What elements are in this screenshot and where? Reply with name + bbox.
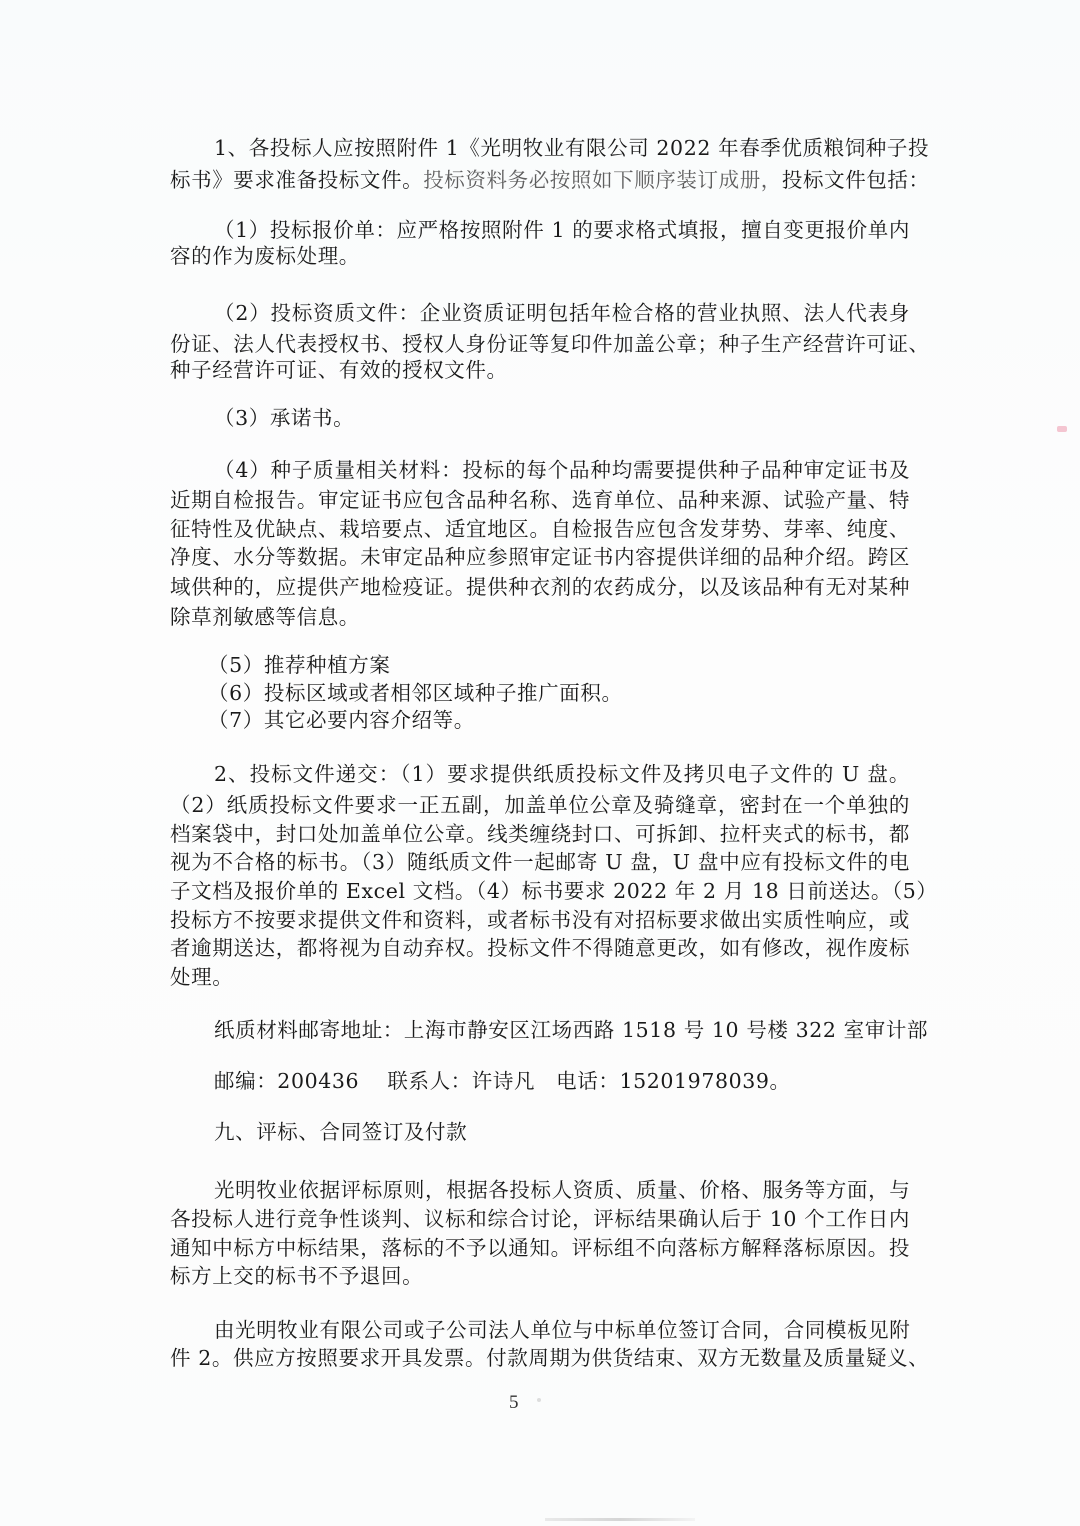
para-1-line-2-suffix: 投标文件包括： (782, 168, 930, 192)
eval-para-line-1: 光明牧业依据评标原则，根据各投标人资质、质量、价格、服务等方面，与 (214, 1176, 910, 1204)
item-1-line-2: 容的作为废标处理。 (170, 242, 910, 270)
para-2-line-8: 处理。 (170, 963, 910, 991)
contract-para-line-1: 由光明牧业有限公司或子公司法人单位与中标单位签订合同，合同模板见附 (214, 1316, 910, 1344)
para-2-line-2: （2）纸质投标文件要求一正五副，加盖单位公章及骑缝章，密封在一个单独的 (170, 791, 910, 819)
item-4-line-6: 除草剂敏感等信息。 (170, 603, 910, 631)
para-2-line-5: 子文档及报价单的 Excel 文档。（4）标书要求 2022 年 2 月 18 … (170, 877, 910, 905)
para-1-line-2-faint: 投标资料务必按照如下顺序装订成册， (423, 168, 782, 192)
para-2-line-4: 视为不合格的标书。（3）随纸质文件一起邮寄 U 盘，U 盘中应有投标文件的电 (170, 848, 910, 876)
item-2-line-3: 种子经营许可证、有效的授权文件。 (170, 356, 910, 384)
para-1-line-2-main: 标书》要求准备投标文件。 (170, 168, 423, 192)
item-6: （6）投标区域或者相邻区域种子推广面积。 (208, 679, 910, 707)
scan-edge (545, 1518, 695, 1521)
scan-mark (1057, 426, 1067, 432)
contact-line: 邮编：200436 联系人：许诗凡 电话：15201978039。 (214, 1067, 910, 1095)
section-heading-9: 九、评标、合同签订及付款 (214, 1118, 910, 1146)
item-3-line-1: （3）承诺书。 (214, 404, 910, 432)
contract-para-line-2: 件 2。供应方按照要求开具发票。付款周期为供货结束、双方无数量及质量疑义、 (170, 1344, 910, 1372)
item-2-line-1: （2）投标资质文件：企业资质证明包括年检合格的营业执照、法人代表身 (214, 299, 910, 327)
eval-para-line-3: 通知中标方中标结果，落标的不予以通知。评标组不向落标方解释落标原因。投 (170, 1234, 910, 1262)
para-1-line-2: 标书》要求准备投标文件。投标资料务必按照如下顺序装订成册，投标文件包括： (170, 166, 910, 194)
document-page: 1、各投标人应按照附件 1《光明牧业有限公司 2022 年春季优质粮饲种子投 标… (0, 0, 1080, 1526)
scan-dot (537, 1398, 541, 1402)
para-2-line-7: 者逾期送达，都将视为自动弃权。投标文件不得随意更改，如有修改，视作废标 (170, 934, 910, 962)
item-7: （7）其它必要内容介绍等。 (208, 706, 910, 734)
item-1-line-1: （1）投标报价单：应严格按照附件 1 的要求格式填报，擅自变更报价单内 (214, 216, 910, 244)
eval-para-line-4: 标方上交的标书不予退回。 (170, 1262, 910, 1290)
eval-para-line-2: 各投标人进行竞争性谈判、议标和综合讨论，评标结果确认后于 10 个工作日内 (170, 1205, 910, 1233)
mailing-address: 纸质材料邮寄地址：上海市静安区江场西路 1518 号 10 号楼 322 室审计… (214, 1016, 910, 1044)
item-5: （5）推荐种植方案 (208, 651, 910, 679)
para-2-line-6: 投标方不按要求提供文件和资料，或者标书没有对招标要求做出实质性响应，或 (170, 906, 910, 934)
item-4-line-5: 域供种的，应提供产地检疫证。提供种衣剂的农药成分，以及该品种有无对某种 (170, 573, 910, 601)
item-4-line-2: 近期自检报告。审定证书应包含品种名称、选育单位、品种来源、试验产量、特 (170, 486, 910, 514)
para-2-line-1: 2、投标文件递交：（1）要求提供纸质投标文件及拷贝电子文件的 U 盘。 (214, 760, 910, 788)
item-2-line-2: 份证、法人代表授权书、授权人身份证等复印件加盖公章；种子生产经营许可证、 (170, 330, 910, 358)
item-4-line-4: 净度、水分等数据。未审定品种应参照审定证书内容提供详细的品种介绍。跨区 (170, 543, 910, 571)
para-1-line-1: 1、各投标人应按照附件 1《光明牧业有限公司 2022 年春季优质粮饲种子投 (214, 134, 910, 162)
page-number: 5 (509, 1391, 519, 1415)
item-4-line-3: 征特性及优缺点、栽培要点、适宜地区。自检报告应包含发芽势、芽率、纯度、 (170, 515, 910, 543)
para-2-line-3: 档案袋中，封口处加盖单位公章。线类缠绕封口、可拆卸、拉杆夹式的标书，都 (170, 820, 910, 848)
item-4-line-1: （4）种子质量相关材料：投标的每个品种均需要提供种子品种审定证书及 (214, 456, 910, 484)
